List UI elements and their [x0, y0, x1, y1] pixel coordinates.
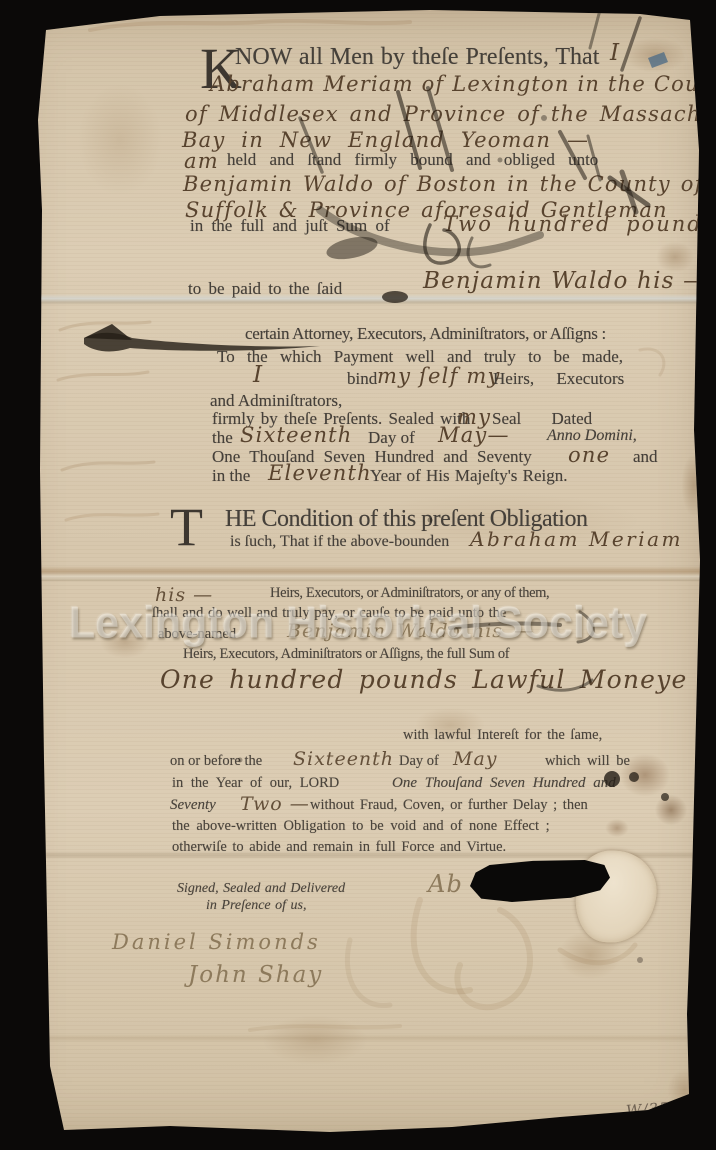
- printed-seventy-italic: Seventy: [170, 797, 216, 814]
- printed-bound-clause: held and ſtand firmly bound and obliged …: [227, 150, 598, 170]
- obligor-name-handwritten: Abraham Meriam of Lexington in the Count…: [210, 72, 716, 96]
- printed-in-the: in the: [212, 466, 250, 486]
- month-handwritten: May—: [438, 423, 510, 447]
- printed-payment-clause: to be paid to the ſaid: [188, 279, 342, 299]
- witness-signature-1: Daniel Simonds: [112, 930, 321, 954]
- printed-year-of-lord: in the Year of our, LORD: [172, 775, 339, 792]
- printed-bind: bind: [347, 369, 377, 389]
- fold-crease: [0, 294, 716, 305]
- printed-and: and: [633, 447, 658, 467]
- obligee-name-handwritten: Benjamin Waldo of Boston in the County o…: [183, 172, 704, 196]
- fold-crease: [0, 566, 716, 581]
- handwritten-am: am: [184, 149, 219, 173]
- day-handwritten: Sixteenth: [240, 423, 353, 447]
- due-day-handwritten: Sixteenth: [293, 748, 394, 770]
- opening-clause: NOW all Men by theſe Preſents, That: [235, 44, 599, 71]
- handwritten-pronoun: I: [610, 40, 620, 66]
- handwritten-i: I: [253, 362, 263, 388]
- drop-cap-t: T: [170, 505, 203, 551]
- printed-attorney-clause: certain Attorney, Executors, Adminiſtrat…: [245, 324, 606, 344]
- printed-majesty-reign: Year of His Majeſty's Reign.: [370, 466, 568, 486]
- printed-administrators: and Adminiſtrators,: [210, 391, 342, 411]
- payee-name-handwritten: Benjamin Waldo his —: [423, 268, 707, 294]
- photo-background: K NOW all Men by theſe Preſents, That I …: [0, 0, 716, 1150]
- printed-void-clause: the above-written Obligation to be void …: [172, 818, 550, 835]
- fold-crease: [0, 1034, 716, 1042]
- regnal-year-handwritten: Eleventh: [268, 461, 372, 485]
- printed-sum-clause: in the full and juſt Sum of: [190, 216, 390, 236]
- printed-day-of-2: Day of: [399, 753, 439, 770]
- year-one-handwritten: one: [568, 443, 610, 467]
- condition-sum-handwritten: One hundred pounds Lawful Moneye: [160, 665, 687, 694]
- printed-heirs-executors: Heirs, Executors: [493, 369, 624, 389]
- attestation-line1: Signed, Sealed and Delivered: [177, 881, 345, 897]
- handwritten-myself: my ſelf my: [377, 364, 501, 388]
- obligor-residence-handwritten: of Middlesex and Province of the Massach…: [185, 102, 716, 126]
- due-month-handwritten: May: [453, 748, 498, 770]
- printed-year-italic: One Thouſand Seven Hundred and: [392, 775, 616, 792]
- obligor-title-handwritten: Bay in New England Yeoman —: [182, 128, 589, 152]
- printed-interest-clause: with lawful Intereſt for the ſame,: [403, 727, 602, 744]
- printed-force-virtue: otherwiſe to abide and remain in full Fo…: [172, 839, 506, 856]
- witness-signature-2: John Shay: [188, 962, 323, 988]
- paper-sheet: K NOW all Men by theſe Preſents, That I …: [0, 0, 716, 1150]
- printed-without-fraud: without Fraud, Coven, or further Delay ;…: [310, 797, 588, 814]
- obligor-signature-fragment: Ab: [428, 870, 463, 898]
- printed-day-of: Day of: [368, 428, 415, 448]
- penal-sum-handwritten: Two hundred pounds: [443, 212, 716, 236]
- printed-on-or-before: on or before the: [170, 753, 262, 770]
- watermark: Lexington Historical Society: [0, 598, 716, 649]
- obligor-name-handwritten-2: Abraham Meriam: [470, 527, 683, 551]
- printed-which-will-be: which will be: [545, 753, 630, 770]
- printed-condition-clause: is ſuch, That if the above-bounden: [230, 533, 449, 551]
- catalog-number: W/359: [625, 1098, 680, 1120]
- printed-the: the: [212, 428, 233, 448]
- due-year-handwritten: Two —: [240, 793, 310, 815]
- attestation-line2: in Preſence of us,: [206, 898, 306, 914]
